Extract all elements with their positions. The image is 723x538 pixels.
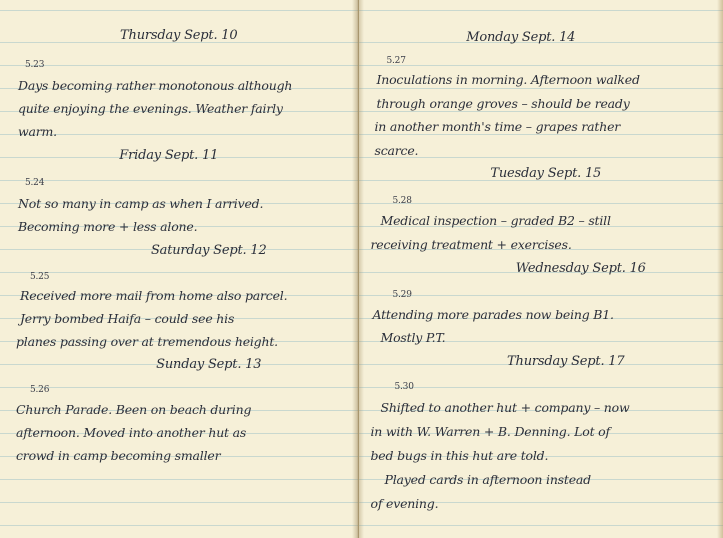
entry-line: Jerry bombed Haifa – could see his bbox=[20, 311, 358, 326]
entry-number: 5.28 bbox=[393, 196, 723, 206]
entry-line: of evening. bbox=[371, 496, 723, 511]
entry-line: Medical inspection – graded B2 – still bbox=[381, 213, 723, 228]
entry-heading: Sunday Sept. 13 bbox=[60, 357, 358, 372]
entry-line: crowd in camp becoming smaller bbox=[16, 448, 358, 463]
entry-line: Church Parade. Been on beach during bbox=[16, 402, 358, 417]
entry-heading: Saturday Sept. 12 bbox=[60, 243, 358, 258]
diary-spread: Thursday Sept. 10 5.23 Days becoming rat… bbox=[0, 0, 723, 538]
entry-number: 5.26 bbox=[30, 385, 358, 395]
entry-heading: Thursday Sept. 17 bbox=[409, 354, 723, 369]
entry-heading: Wednesday Sept. 16 bbox=[439, 261, 723, 276]
entry-line: Days becoming rather monotonous although bbox=[18, 78, 358, 93]
entry-number: 5.27 bbox=[387, 56, 723, 66]
entry-line: Played cards in afternoon instead bbox=[385, 472, 723, 487]
left-page: Thursday Sept. 10 5.23 Days becoming rat… bbox=[0, 0, 358, 538]
entry-number: 5.30 bbox=[395, 382, 723, 392]
entry-line: in with W. Warren + B. Denning. Lot of bbox=[371, 424, 723, 439]
entry-line: Becoming more + less alone. bbox=[18, 219, 358, 234]
entry-line: afternoon. Moved into another hut as bbox=[16, 425, 358, 440]
entry-heading: Monday Sept. 14 bbox=[358, 30, 723, 45]
entry-line: through orange groves – should be ready bbox=[377, 96, 723, 111]
entry-number: 5.24 bbox=[25, 178, 358, 188]
right-page: Monday Sept. 14 5.27 Inoculations in mor… bbox=[358, 0, 723, 538]
page-edge-shadow bbox=[717, 0, 723, 538]
entry-line: warm. bbox=[18, 124, 358, 139]
entry-line: in another month's time – grapes rather bbox=[375, 119, 723, 134]
entry-line: quite enjoying the evenings. Weather fai… bbox=[18, 101, 358, 116]
entry-number: 5.25 bbox=[30, 272, 358, 282]
entry-number: 5.29 bbox=[393, 290, 723, 300]
entry-line: scarce. bbox=[375, 143, 723, 158]
entry-line: Attending more parades now being B1. bbox=[373, 307, 723, 322]
entry-heading: Friday Sept. 11 bbox=[0, 148, 358, 163]
entry-line: bed bugs in this hut are told. bbox=[371, 448, 723, 463]
entry-line: Mostly P.T. bbox=[381, 330, 723, 345]
entry-line: Received more mail from home also parcel… bbox=[20, 288, 358, 303]
entry-heading: Thursday Sept. 10 bbox=[0, 28, 358, 43]
entry-heading: Tuesday Sept. 15 bbox=[369, 166, 723, 181]
entry-number: 5.23 bbox=[25, 60, 358, 70]
entry-line: planes passing over at tremendous height… bbox=[16, 334, 358, 349]
entry-line: Not so many in camp as when I arrived. bbox=[18, 196, 358, 211]
entry-line: Shifted to another hut + company – now bbox=[381, 400, 723, 415]
entry-line: Inoculations in morning. Afternoon walke… bbox=[377, 72, 723, 87]
entry-line: receiving treatment + exercises. bbox=[371, 237, 723, 252]
